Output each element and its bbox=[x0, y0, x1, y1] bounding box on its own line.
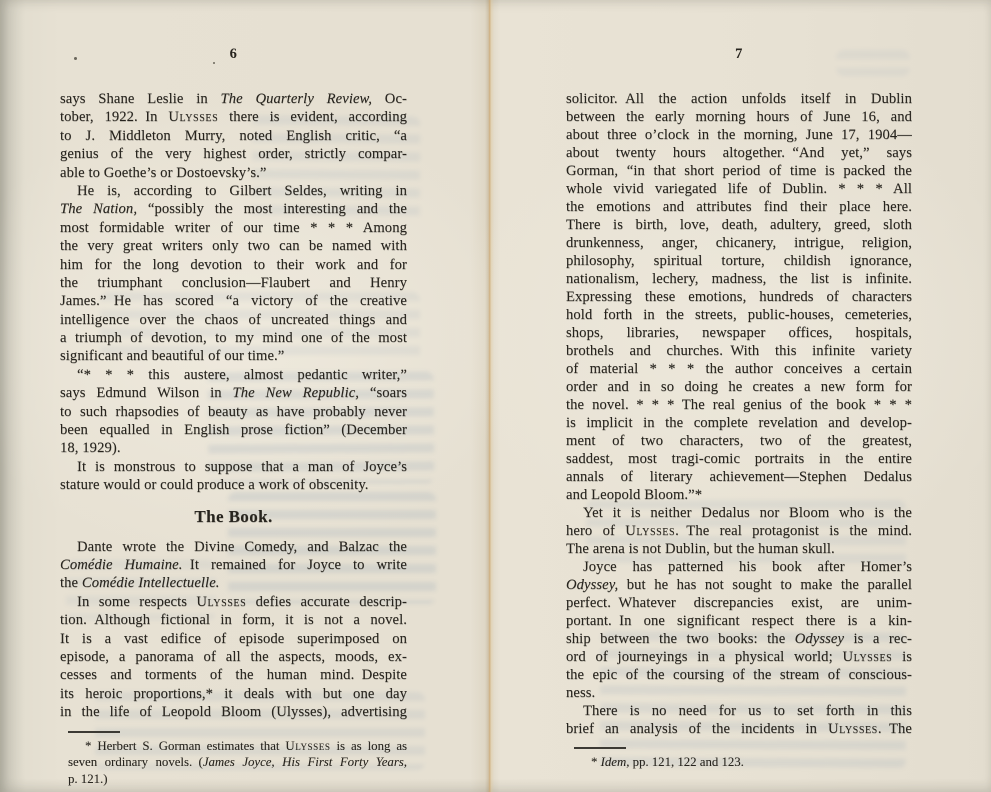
text-line: nationalism, lechery, madness, the list … bbox=[566, 270, 912, 288]
text-line: It is monstrous to suppose that a man of… bbox=[60, 458, 407, 476]
text-line: says Shane Leslie in The Quarterly Revie… bbox=[60, 90, 407, 108]
page-right: 7 solicitor. All the action unfolds itse… bbox=[566, 44, 912, 771]
text-line: solicitor. All the action unfolds itself… bbox=[566, 90, 912, 108]
text-line: drunkenness, anger, chicanery, intrigue,… bbox=[566, 234, 912, 252]
text-line: brothels and churches. With this infinit… bbox=[566, 342, 912, 360]
text-line: brief an analysis of the incidents in Ul… bbox=[566, 720, 912, 738]
text-line: is implicit in the complete revelation a… bbox=[566, 414, 912, 432]
text-line: significant and beautiful of our time.” bbox=[60, 347, 407, 365]
text-line: its heroic proportions,* it deals with b… bbox=[60, 685, 407, 703]
text-line: tion. Although fictional in form, it is … bbox=[60, 611, 407, 629]
text-line: Comédie Humaine. It remained for Joyce t… bbox=[60, 556, 407, 574]
text-line: the Comédie Intellectuelle. bbox=[60, 574, 407, 592]
text-line: Odyssey, but he has not sought to make t… bbox=[566, 576, 912, 594]
text-line: tober, 1922. In Ulysses there is evident… bbox=[60, 108, 407, 126]
text-line: ment of two characters, two of the great… bbox=[566, 432, 912, 450]
text-line: in the life of Leopold Bloom (Ulysses), … bbox=[60, 703, 407, 721]
text-line: the triumphant conclusion—Flaubert and H… bbox=[60, 274, 407, 292]
text-line: able to Goethe’s or Dostoevsky’s.” bbox=[60, 164, 407, 182]
text-line: Joyce has patterned his book after Homer… bbox=[566, 558, 912, 576]
footnote-right: * Idem, pp. 121, 122 and 123. bbox=[566, 754, 912, 771]
text-line: hold forth in the streets, public-houses… bbox=[566, 306, 912, 324]
text-line: perfect. Whatever discrepancies exist, a… bbox=[566, 594, 912, 612]
text-line: whole vivid variegated life of Dublin. *… bbox=[566, 180, 912, 198]
text-line: 18, 1929). bbox=[60, 439, 407, 457]
text-line: and Leopold Bloom.”* bbox=[566, 486, 912, 504]
footnote-line: * Idem, pp. 121, 122 and 123. bbox=[574, 754, 912, 771]
text-line: intelligence over the chaos of uncreated… bbox=[60, 311, 407, 329]
text-line: about twenty hours altogether. “And yet,… bbox=[566, 144, 912, 162]
text-line: the epic of the coursing of the stream o… bbox=[566, 666, 912, 684]
text-line: There is birth, love, death, adultery, g… bbox=[566, 216, 912, 234]
text-line: to such rhapsodies of beauty as have pro… bbox=[60, 403, 407, 421]
page-number-left: 6 bbox=[60, 44, 407, 64]
text-line: ord of journeyings in a physical world; … bbox=[566, 648, 912, 666]
text-line: been equalled in English prose fiction” … bbox=[60, 421, 407, 439]
text-line: says Edmund Wilson in The New Republic, … bbox=[60, 384, 407, 402]
text-line: a triumph of devotion, to my mind one of… bbox=[60, 329, 407, 347]
text-line: Gorman, “in that short period of time is… bbox=[566, 162, 912, 180]
text-line: There is no need for us to set forth in … bbox=[566, 702, 912, 720]
page-fold-gutter bbox=[485, 0, 494, 792]
footnote-line: * Herbert S. Gorman estimates that Ulyss… bbox=[68, 738, 407, 755]
text-line: most formidable writer of our time * * *… bbox=[60, 219, 407, 237]
text-line: order and in so doing he creates a new f… bbox=[566, 378, 912, 396]
text-line: episode, a panorama of all the aspects, … bbox=[60, 648, 407, 666]
text-line: philosophy, spiritual torture, childish … bbox=[566, 252, 912, 270]
text-line: the emotions and attributes find their p… bbox=[566, 198, 912, 216]
text-line: about three o’clock in the morning, June… bbox=[566, 126, 912, 144]
text-line: In some respects Ulysses defies accurate… bbox=[60, 593, 407, 611]
footnote-left: * Herbert S. Gorman estimates that Ulyss… bbox=[60, 738, 407, 788]
footnote-line: seven ordinary novels. (James Joyce, His… bbox=[68, 754, 407, 771]
text-line: hero of Ulysses. The real protagonist is… bbox=[566, 522, 912, 540]
text-line: “* * * this austere, almost pedantic wri… bbox=[60, 366, 407, 384]
text-line: The arena is not Dublin, but the human s… bbox=[566, 540, 912, 558]
text-line: Dante wrote the Divine Comedy, and Balza… bbox=[60, 538, 407, 556]
footnote-rule-left bbox=[68, 731, 120, 733]
text-line: to J. Middleton Murry, noted English cri… bbox=[60, 127, 407, 145]
page-number-right: 7 bbox=[566, 44, 912, 64]
text-line: He is, according to Gilbert Seldes, writ… bbox=[60, 182, 407, 200]
text-line: the novel. * * * The real genius of the … bbox=[566, 396, 912, 414]
text-line: stature would or could produce a work of… bbox=[60, 476, 407, 494]
text-line: between the early morning hours of June … bbox=[566, 108, 912, 126]
text-line: cesses and torments of the human mind. D… bbox=[60, 666, 407, 684]
page-left: 6 says Shane Leslie in The Quarterly Rev… bbox=[60, 44, 407, 787]
text-line: James.” He has scored “a victory of the … bbox=[60, 292, 407, 310]
footnote-rule-right bbox=[574, 747, 626, 749]
text-line: him for the long devotion to their work … bbox=[60, 256, 407, 274]
text-line: ship between the two books: the Odyssey … bbox=[566, 630, 912, 648]
book-page-spread: 6 says Shane Leslie in The Quarterly Rev… bbox=[0, 0, 991, 792]
text-line: It is a vast edifice of episode superimp… bbox=[60, 630, 407, 648]
text-line: the very great writers only two can be n… bbox=[60, 237, 407, 255]
page-body-left: says Shane Leslie in The Quarterly Revie… bbox=[60, 90, 407, 722]
text-line: saddest, most tragi-comic portraits in t… bbox=[566, 450, 912, 468]
text-line: ness. bbox=[566, 684, 912, 702]
text-line: portant. In one significant respect ther… bbox=[566, 612, 912, 630]
text-line: The Nation, “possibly the most interesti… bbox=[60, 200, 407, 218]
text-line: annals of literary achievement—Stephen D… bbox=[566, 468, 912, 486]
section-heading: The Book. bbox=[60, 506, 407, 527]
text-line: Expressing these emotions, hundreds of c… bbox=[566, 288, 912, 306]
footnote-line: p. 121.) bbox=[68, 771, 407, 788]
text-line: of material * * * the author conceives a… bbox=[566, 360, 912, 378]
text-line: genius of the very highest order, strict… bbox=[60, 145, 407, 163]
text-line: Yet it is neither Dedalus nor Bloom who … bbox=[566, 504, 912, 522]
text-line: shops, libraries, newspaper offices, hos… bbox=[566, 324, 912, 342]
page-body-right: solicitor. All the action unfolds itself… bbox=[566, 90, 912, 738]
